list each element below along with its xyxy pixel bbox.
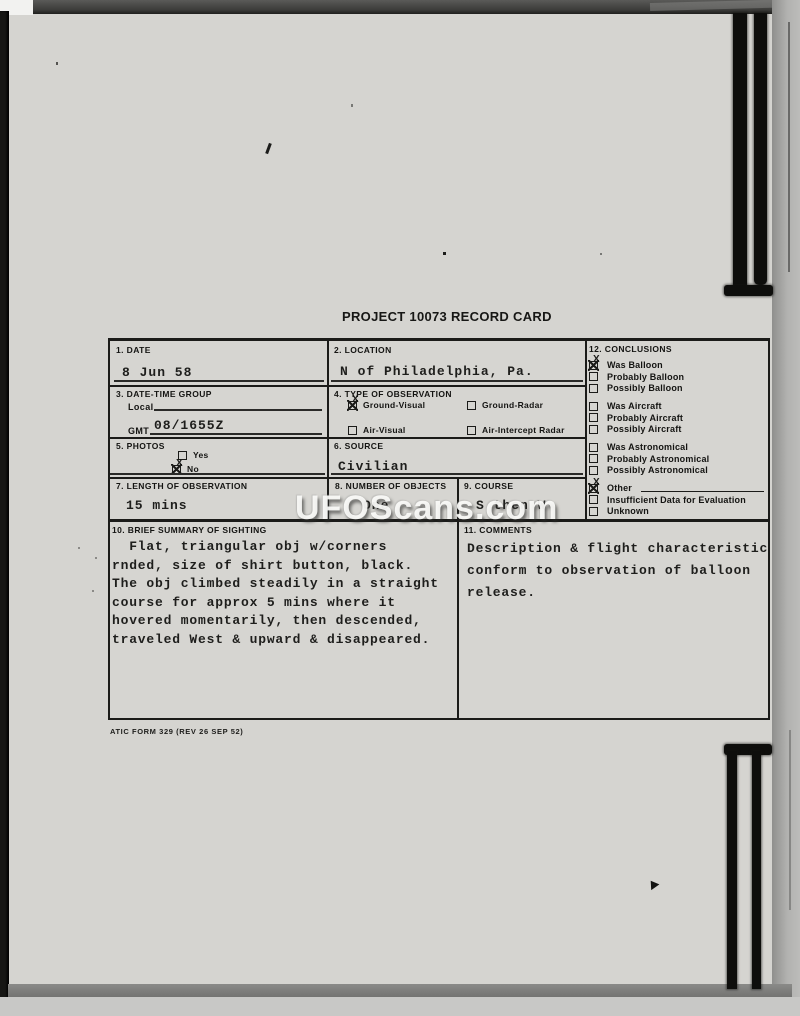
row-divider: [110, 477, 585, 479]
scan-speck: [92, 590, 94, 592]
checkbox: [589, 425, 598, 434]
film-left-edge: [0, 11, 9, 1003]
other-underline: [641, 485, 764, 492]
option-ground-visual: Ground-Visual: [348, 400, 425, 410]
conclusion-probably-aircraft: Probably Aircraft: [589, 413, 766, 423]
checkbox: [589, 443, 598, 452]
row-divider: [110, 437, 585, 439]
location-value: N of Philadelphia, Pa.: [340, 364, 534, 379]
column-divider: [585, 341, 587, 519]
row-divider: [110, 385, 585, 387]
checkbox: [467, 401, 476, 410]
scanner-right-margin: [772, 0, 800, 1016]
date-time-group-label: 3. DATE-TIME GROUP: [116, 389, 212, 399]
comments-text: Description & flight characteristic conf…: [467, 538, 787, 604]
checkbox: [348, 401, 357, 410]
scanned-document-page: PROJECT 10073 RECORD CARD 1. DATE 8 Jun …: [0, 0, 800, 1016]
field-underline: [110, 473, 325, 475]
conclusion-possibly-astronomical: Possibly Astronomical: [589, 465, 766, 475]
source-value: Civilian: [338, 459, 408, 474]
date-label: 1. DATE: [116, 345, 151, 355]
conclusions-section: 12. CONCLUSIONS Was Balloon Probably Bal…: [589, 344, 766, 518]
record-card: 1. DATE 8 Jun 58 2. LOCATION N of Philad…: [108, 338, 770, 720]
scan-bottom-margin: [0, 997, 800, 1016]
scan-speck: [351, 104, 353, 107]
gmt-value: 08/1655Z: [154, 418, 224, 433]
page-title: PROJECT 10073 RECORD CARD: [342, 309, 552, 324]
local-label: Local: [128, 402, 154, 412]
conclusion-possibly-balloon: Possibly Balloon: [589, 383, 766, 393]
checkbox: [589, 454, 598, 463]
source-label: 6. SOURCE: [334, 441, 383, 451]
checkbox: [589, 484, 598, 493]
checkbox: [589, 372, 598, 381]
conclusion-possibly-aircraft: Possibly Aircraft: [589, 424, 766, 434]
gmt-label: GMT: [128, 426, 149, 436]
conclusion-unknown: Unknown: [589, 506, 766, 516]
checkbox: [589, 466, 598, 475]
binding-bar: [733, 13, 747, 291]
checkbox: [348, 426, 357, 435]
length-of-observation-value: 15 mins: [126, 498, 188, 513]
brief-summary-label: 10. BRIEF SUMMARY OF SIGHTING: [112, 525, 267, 535]
checkbox: [467, 426, 476, 435]
scan-speck: [443, 252, 446, 255]
scan-artifact-line: [788, 22, 790, 272]
length-of-observation-label: 7. LENGTH OF OBSERVATION: [116, 481, 247, 491]
photos-label: 5. PHOTOS: [116, 441, 165, 451]
conclusion-was-astronomical: Was Astronomical: [589, 442, 766, 452]
option-air-visual: Air-Visual: [348, 425, 406, 435]
scan-speck: [600, 253, 602, 255]
conclusion-probably-astronomical: Probably Astronomical: [589, 454, 766, 464]
checkbox: [589, 402, 598, 411]
binding-bar-base: [724, 285, 773, 296]
gmt-underline: [150, 433, 322, 435]
brief-summary-text: Flat, triangular obj w/corners rnded, si…: [112, 538, 456, 649]
location-label: 2. LOCATION: [334, 345, 392, 355]
checkbox: [589, 495, 598, 504]
conclusion-was-balloon: Was Balloon: [589, 360, 766, 370]
conclusion-was-aircraft: Was Aircraft: [589, 401, 766, 411]
binding-bar: [752, 751, 761, 989]
form-number: ATIC FORM 329 (REV 26 SEP 52): [110, 727, 243, 736]
conclusions-label: 12. CONCLUSIONS: [589, 344, 766, 354]
binding-bar: [754, 13, 767, 285]
conclusion-probably-balloon: Probably Balloon: [589, 372, 766, 382]
checkbox: [589, 413, 598, 422]
field-underline: [331, 473, 583, 475]
checkbox: [589, 507, 598, 516]
conclusion-other: Other: [589, 483, 766, 493]
binding-bar: [727, 751, 737, 989]
pen-stray-mark: [265, 143, 272, 154]
scan-speck: [95, 557, 97, 559]
scan-speck: [56, 62, 58, 65]
local-underline: [154, 409, 322, 411]
option-ground-radar: Ground-Radar: [467, 400, 543, 410]
checkbox: [589, 384, 598, 393]
field-underline: [114, 380, 324, 382]
option-air-intercept-radar: Air-Intercept Radar: [467, 425, 565, 435]
conclusion-insufficient-data: Insufficient Data for Evaluation: [589, 495, 766, 505]
scan-artifact-line: [789, 730, 791, 910]
scan-bottom-shadow: [8, 984, 792, 997]
arrow-stray-mark: [647, 878, 660, 890]
field-underline: [331, 380, 583, 382]
watermark: UFOScans.com: [295, 489, 558, 528]
date-value: 8 Jun 58: [122, 365, 192, 380]
scan-speck: [78, 547, 80, 549]
checkbox: [589, 361, 598, 370]
